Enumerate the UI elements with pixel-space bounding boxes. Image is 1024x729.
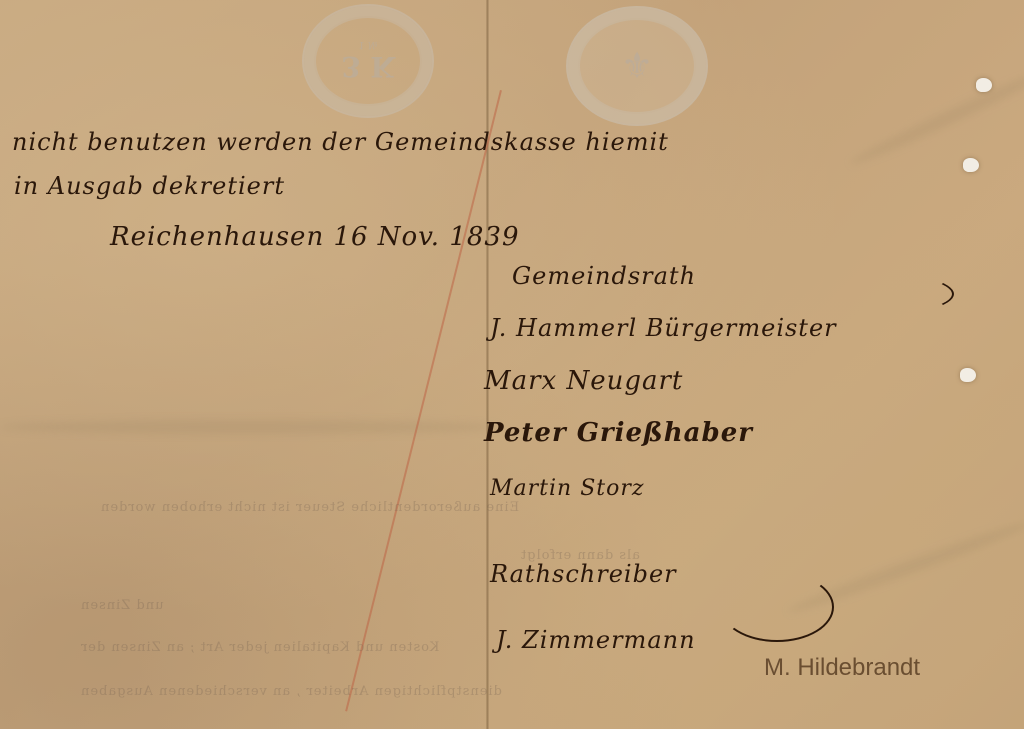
paper-hole bbox=[963, 158, 979, 172]
signature-4: Martin Storz bbox=[490, 476, 644, 501]
flourish bbox=[720, 572, 834, 642]
red-pencil-line bbox=[345, 90, 502, 711]
bleed-through-text: und Zinsen bbox=[80, 598, 164, 613]
handwritten-line-2: in Ausgab dekretiert bbox=[14, 172, 285, 200]
paper-crease bbox=[847, 64, 1024, 170]
paper-hole bbox=[960, 368, 976, 382]
coat-of-arms-seal: ⚜ bbox=[566, 6, 708, 126]
photo-credit: M. Hildebrandt bbox=[764, 654, 920, 682]
bleed-through-text: dienstpflichtigen Arbeiter , an verschie… bbox=[80, 684, 502, 699]
clerk-title: Rathschreiber bbox=[490, 560, 677, 588]
place-date-line: Reichenhausen 16 Nov. 1839 bbox=[110, 222, 520, 252]
handwritten-line-1: nicht benutzen werden der Gemeindskasse … bbox=[12, 128, 669, 156]
crest-icon: ⚜ bbox=[621, 46, 653, 87]
bleed-through-text: Eine außerordentliche Steuer ist nicht e… bbox=[100, 500, 519, 515]
council-heading: Gemeindsrath bbox=[512, 262, 696, 290]
signature-1: J. Hammerl Bürgermeister bbox=[490, 314, 837, 342]
fold-line bbox=[486, 0, 489, 729]
paper-hole bbox=[976, 78, 992, 92]
signature-3: Peter Grießhaber bbox=[484, 418, 753, 448]
bleed-through-text: Kosten und Kapitalien jeder Art ; an Zin… bbox=[80, 640, 439, 655]
tax-stamp-seal: 1 № 3 K bbox=[302, 4, 434, 118]
clerk-signature: J. Zimmermann bbox=[496, 626, 696, 654]
document-photo: 1 № 3 K ⚜ Eine außerordentliche Steuer i… bbox=[0, 0, 1024, 729]
paper-crease bbox=[0, 420, 500, 434]
signature-2: Marx Neugart bbox=[484, 366, 683, 396]
flourish bbox=[790, 272, 954, 316]
